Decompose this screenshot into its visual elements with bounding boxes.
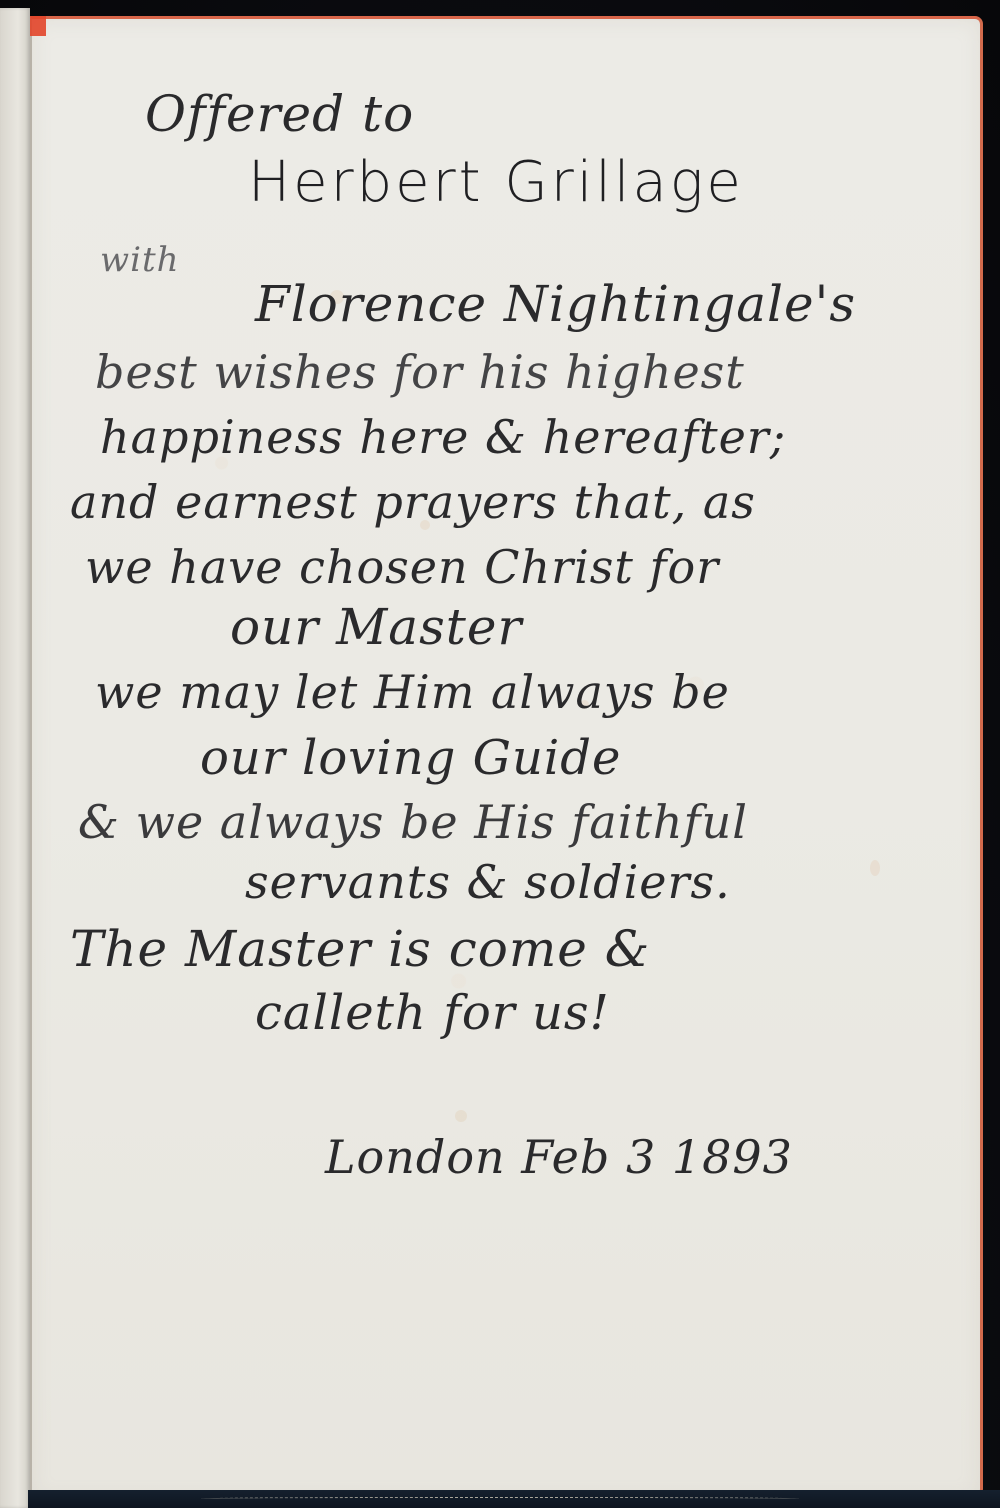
photo-scene: Offered to Herbert Grillage with Florenc… (0, 0, 1000, 1508)
line-loving-guide: our loving Guide (200, 730, 621, 786)
line-happiness: happiness here & hereafter; (100, 410, 786, 464)
line-author-name: Florence Nightingale's (255, 275, 856, 333)
line-chosen-christ: we have chosen Christ for (85, 540, 719, 594)
line-calleth-for-us: calleth for us! (255, 985, 610, 1041)
line-our-master: our Master (230, 598, 522, 656)
line-faithful: & we always be His faithful (78, 795, 748, 849)
line-best-wishes: best wishes for his highest (95, 345, 745, 399)
line-earnest-prayers: and earnest prayers that, as (70, 475, 756, 529)
line-master-is-come: The Master is come & (70, 920, 650, 978)
line-let-him-always: we may let Him always be (95, 665, 730, 719)
place-and-date: London Feb 3 1893 (325, 1130, 793, 1184)
line-servants-soldiers: servants & soldiers. (245, 855, 731, 909)
line-offered-to: Offered to (145, 85, 414, 143)
line-with: with (100, 240, 180, 280)
line-recipient-name: Herbert Grillage (248, 150, 744, 215)
handwritten-inscription: Offered to Herbert Grillage with Florenc… (0, 0, 1000, 1508)
